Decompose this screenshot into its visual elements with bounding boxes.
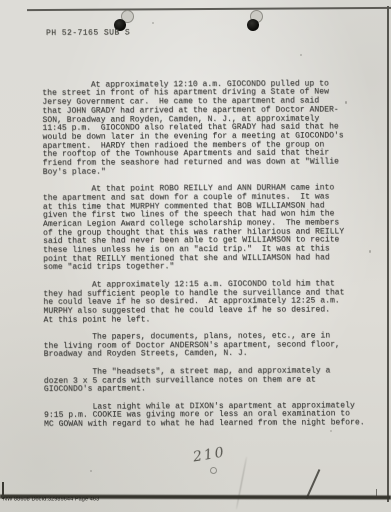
paragraph-4: The papers, documents, plans, notes, etc…	[44, 332, 384, 360]
typewritten-content: PH 52-7165 SUB S At approximately 12:10 …	[42, 28, 384, 430]
paragraph-1: At approximately 12:10 a.m. GIOCONDO pul…	[42, 80, 382, 178]
paragraph-5: The "headsets", a street map, and approx…	[44, 367, 384, 395]
paragraph-3: At approximately 12:15 a.m. GIOCONDO tol…	[43, 280, 383, 325]
small-circle-mark	[210, 467, 217, 474]
scan-speck	[369, 250, 371, 253]
paragraph-2: At that point ROBO REILLY and ANN DURHAM…	[43, 184, 383, 273]
scan-edge-right-line	[387, 6, 389, 502]
paragraph-6: Last night while at DIXON's apartment at…	[44, 402, 384, 430]
foia-footer: NW 88608 DocId:32989644 Page 463	[3, 497, 99, 503]
handwritten-page-number: 210	[192, 445, 227, 466]
file-number: PH 52-7165 SUB S	[46, 28, 382, 38]
scan-speck	[330, 430, 332, 432]
scan-speck	[90, 470, 92, 472]
scan-speck	[152, 22, 154, 24]
scan-speck	[345, 101, 347, 104]
scan-speck	[300, 54, 302, 56]
scanned-document-page: PH 52-7165 SUB S At approximately 12:10 …	[0, 0, 391, 512]
pen-stroke-mark	[236, 456, 247, 509]
scan-edge-top-line	[27, 7, 391, 11]
document-body: At approximately 12:10 a.m. GIOCONDO pul…	[42, 80, 384, 430]
